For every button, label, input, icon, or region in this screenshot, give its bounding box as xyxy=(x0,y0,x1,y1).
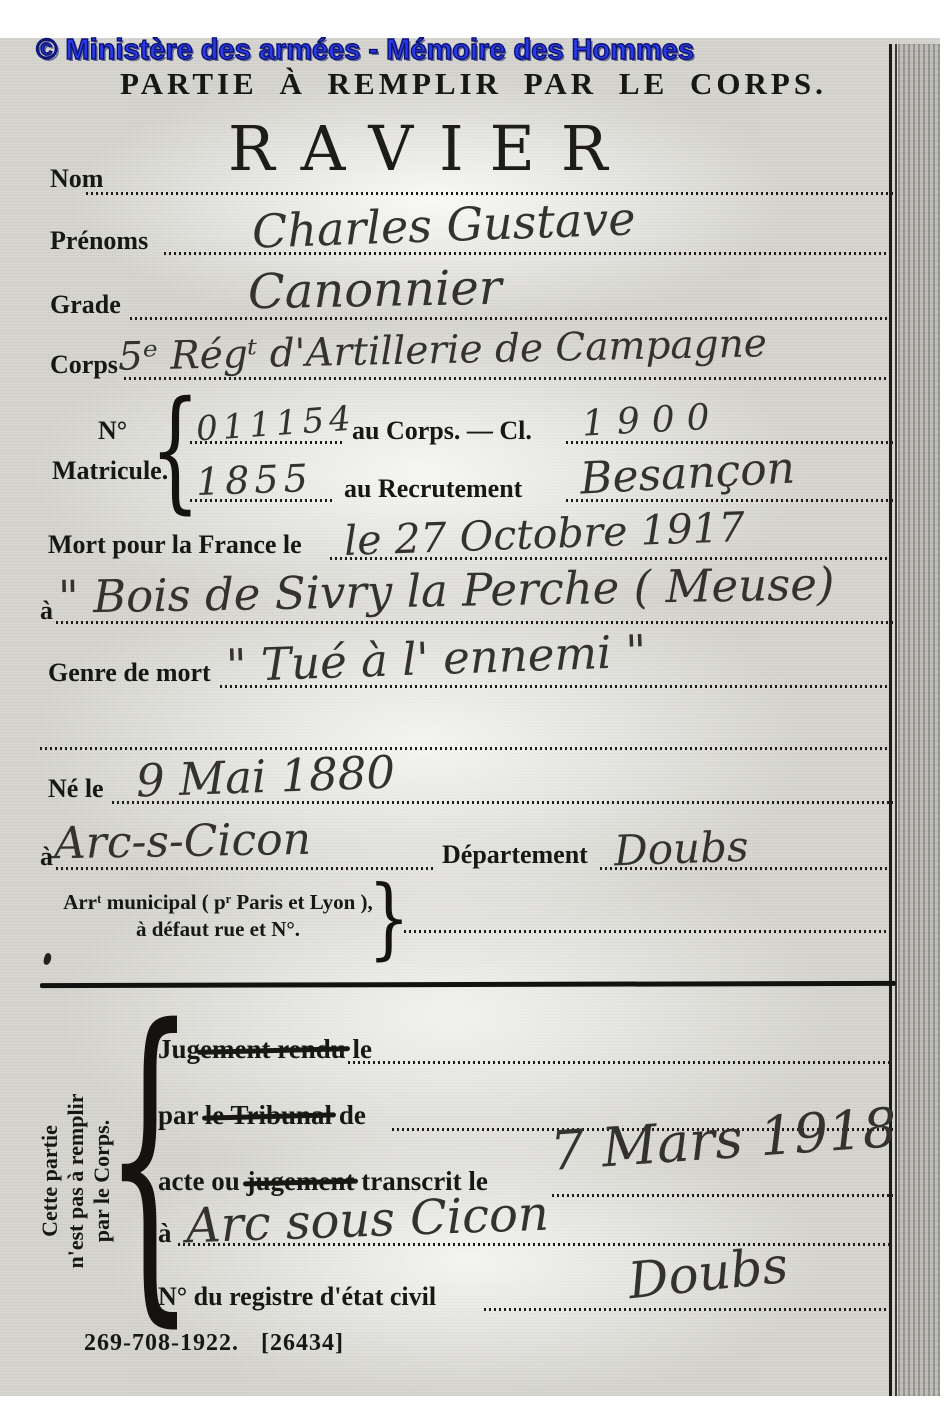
matricule-recrutement-value: 1855 xyxy=(195,456,313,504)
jugement-dotted-line xyxy=(348,1061,893,1064)
footer-bracket-number: [26434] xyxy=(261,1330,344,1356)
acte-dotted-line xyxy=(552,1194,893,1197)
lieu-transcription-label: à xyxy=(158,1218,172,1249)
registre-label: N° du registre d'état civil xyxy=(158,1282,436,1312)
page-edge-line-inner xyxy=(895,44,897,1396)
tribunal-suffix: de xyxy=(332,1100,366,1130)
arrondissement-dotted-line xyxy=(404,930,893,933)
form-title: PARTIE À REMPLIR PAR LE CORPS. xyxy=(120,66,820,102)
grade-label: Grade xyxy=(50,290,121,320)
nom-label: Nom xyxy=(50,164,103,194)
footer-reference-number: 269-708-1922. xyxy=(84,1330,239,1356)
prenoms-label: Prénoms xyxy=(50,226,148,256)
lieu-mort-label: à xyxy=(40,596,53,626)
arrondissement-label-line1: Arrᵗ municipal ( pʳ Paris et Lyon ), xyxy=(62,890,374,915)
corps-dotted-line xyxy=(124,377,893,380)
matricule-label-no: N° xyxy=(98,416,127,446)
au-recrutement-label: au Recrutement xyxy=(344,474,522,504)
acte-struck-text: jugement xyxy=(246,1166,354,1196)
tribunal-prefix: par xyxy=(158,1100,205,1130)
departement-value: Doubs xyxy=(613,822,749,876)
grade-dotted-line xyxy=(130,317,893,320)
ne-le-value: 9 Mai 1880 xyxy=(135,745,396,807)
arrondissement-brace: } xyxy=(368,882,410,954)
side-note-line2: n'est pas à remplir xyxy=(63,1019,89,1343)
registre-dotted-line xyxy=(484,1308,893,1311)
au-corps-label: au Corps. — Cl. xyxy=(352,416,532,446)
lieu-naissance-label: à xyxy=(40,842,53,872)
lieu-naissance-value: Arc-s-Cicon xyxy=(54,814,312,869)
blank-dotted-line xyxy=(40,747,893,750)
side-note-line1: Cette partie xyxy=(37,1019,63,1343)
book-binding-strip xyxy=(898,44,940,1396)
tribunal-label: par le Tribunal de xyxy=(158,1100,366,1131)
arrondissement-label-line2: à défaut rue et N°. xyxy=(62,917,374,942)
grade-value: Canonnier xyxy=(248,260,503,320)
matricule-brace: { xyxy=(150,396,200,504)
mort-label: Mort pour la France le xyxy=(48,530,302,560)
copyright-watermark: © Ministère des armées - Mémoire des Hom… xyxy=(36,34,694,67)
corps-label: Corps xyxy=(50,350,118,380)
scanned-death-record-page: © Ministère des armées - Mémoire des Hom… xyxy=(0,0,944,1417)
classe-value: 1900 xyxy=(581,396,723,444)
genre-mort-label: Genre de mort xyxy=(48,658,211,688)
ne-le-label: Né le xyxy=(48,774,104,804)
jugement-prefix: Jug xyxy=(158,1034,200,1064)
nom-value: RAVIER xyxy=(228,112,634,185)
tribunal-struck-text: le Tribunal xyxy=(205,1100,332,1130)
footer-reference: 269-708-1922.[26434] xyxy=(84,1330,366,1357)
departement-label: Département xyxy=(442,840,588,870)
acte-prefix: acte ou xyxy=(158,1166,246,1196)
nom-dotted-line xyxy=(86,192,893,195)
jugement-label: Jugement rendu le xyxy=(158,1034,372,1065)
jugement-struck-text: ement rendu xyxy=(200,1034,346,1064)
